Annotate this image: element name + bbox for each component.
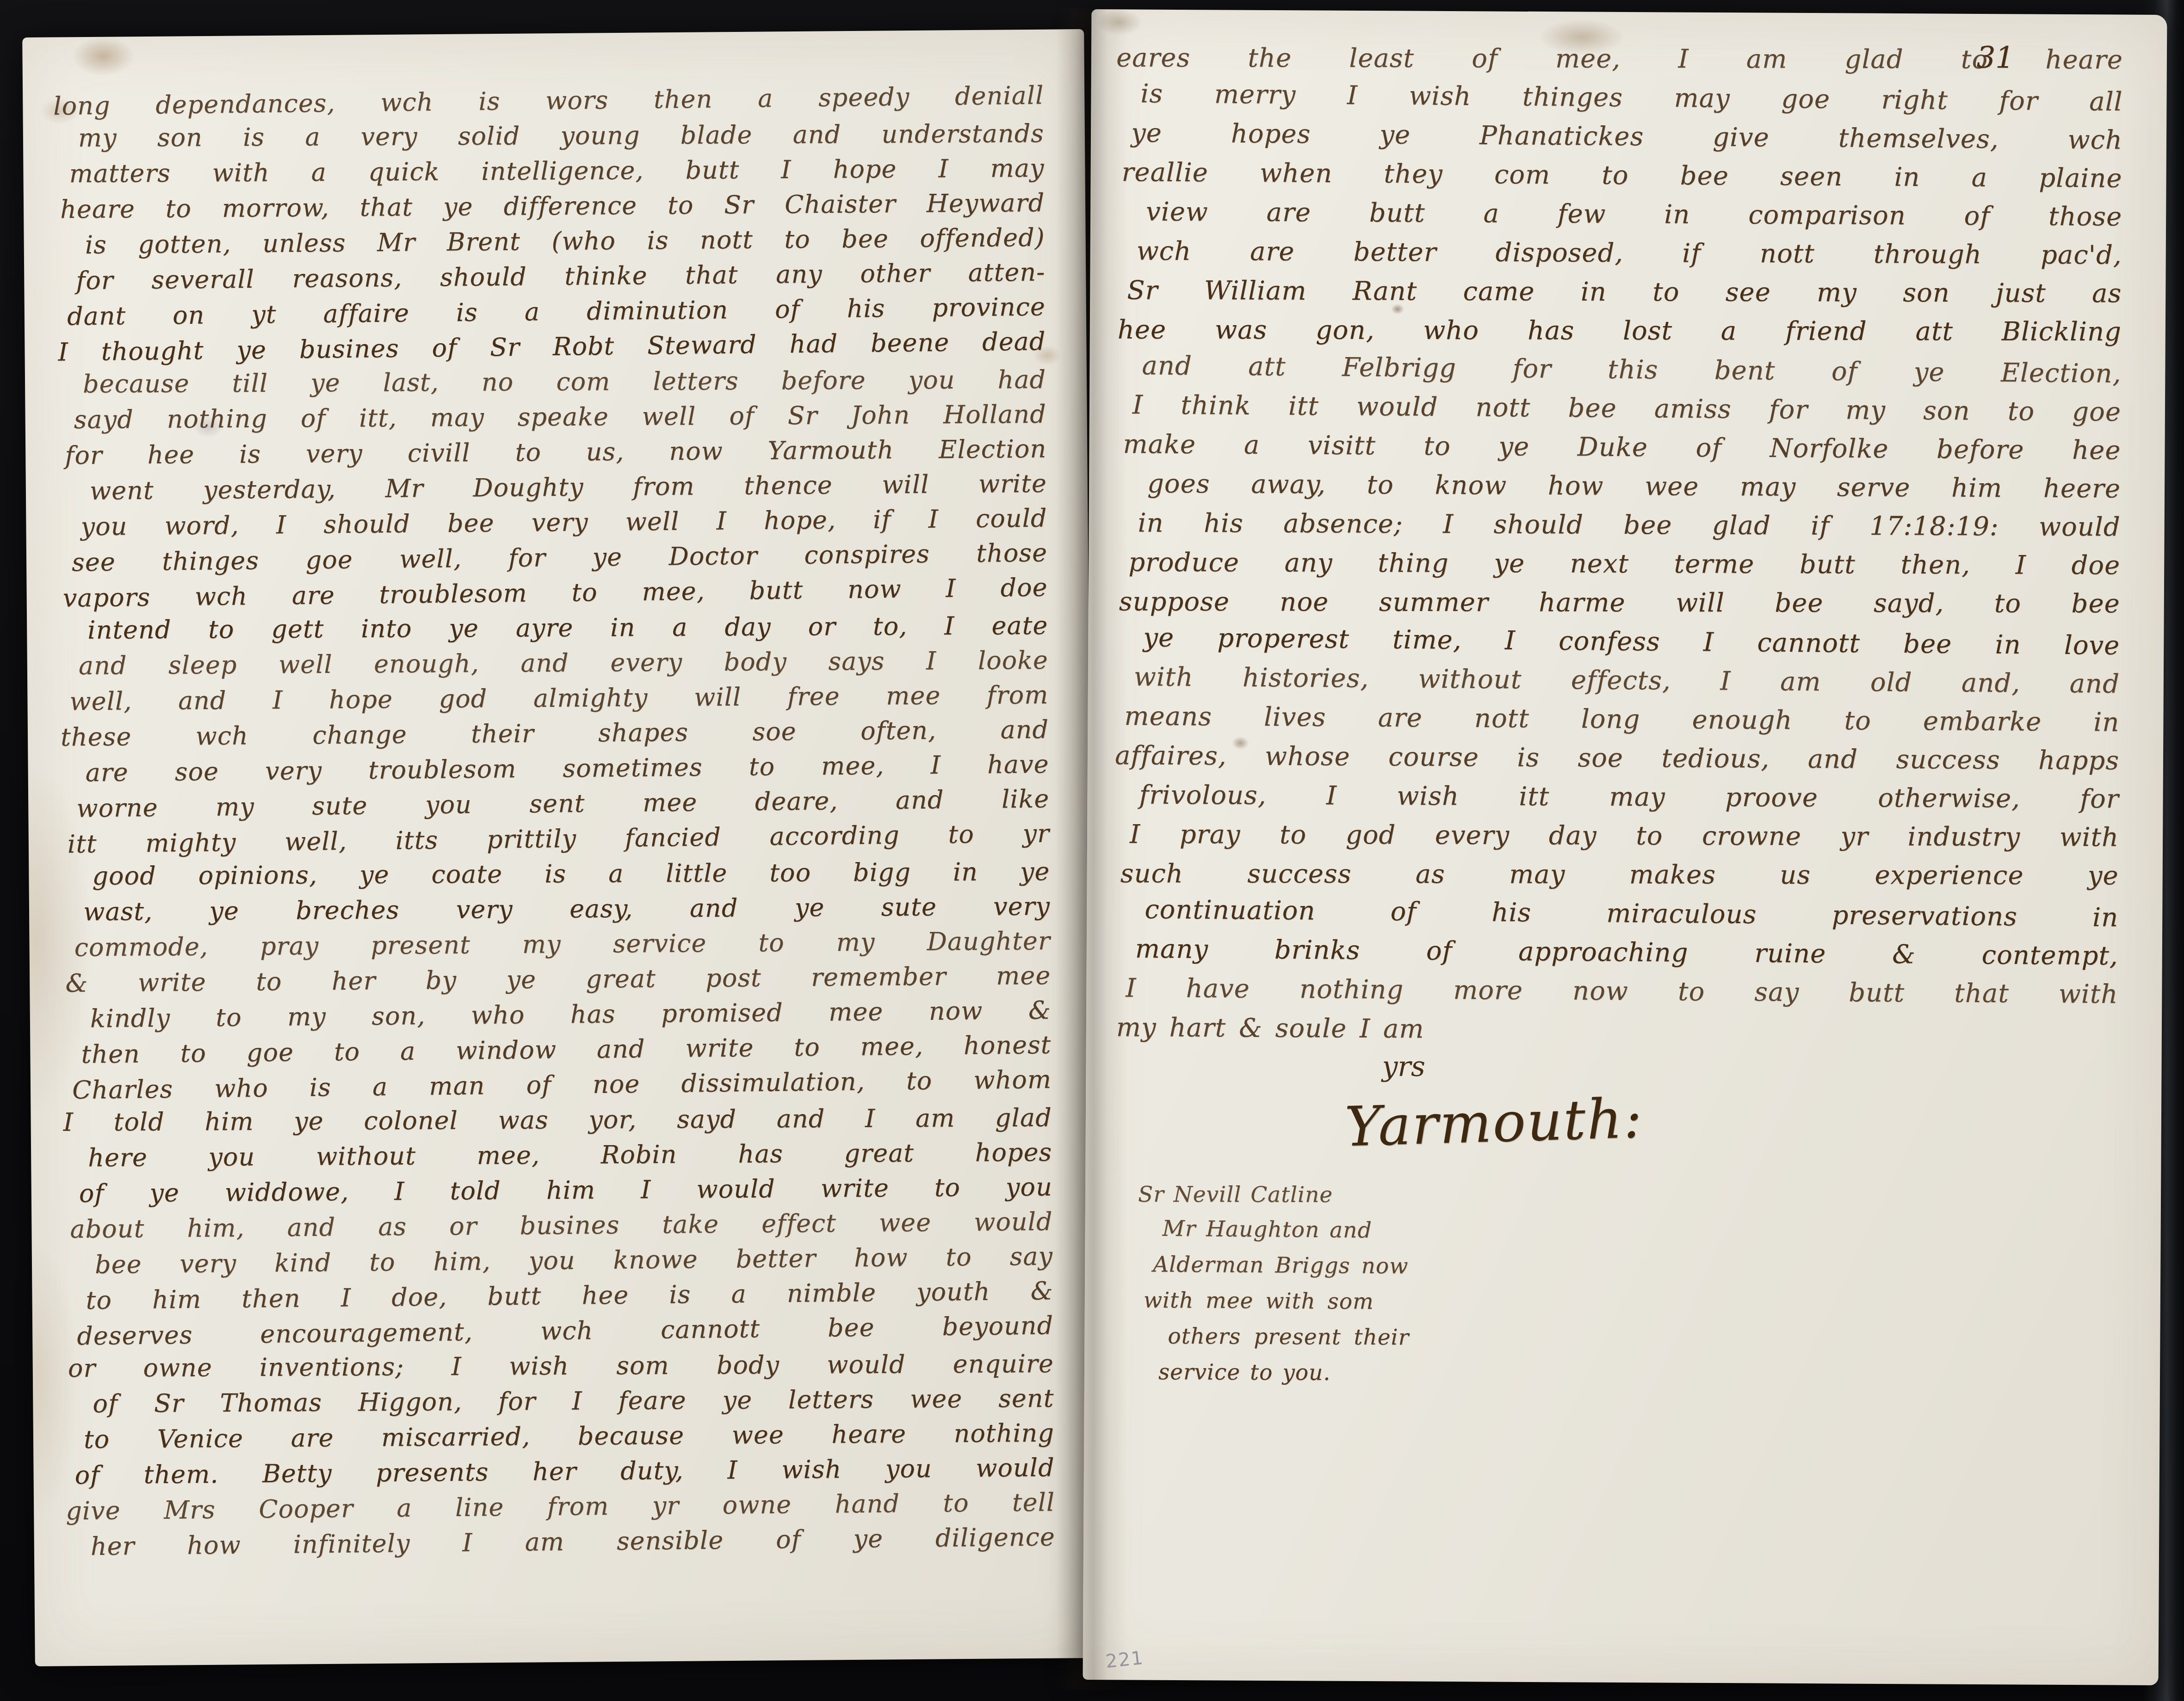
manuscript-line: Alderman Briggs now [1153,1247,1650,1286]
right-page-text: eares the least of mee, I am glad to hea… [1086,9,2167,1053]
left-page: long dependances, wch is wors then a spe… [22,29,1097,1666]
right-page: 31 eares the least of mee, I am glad to … [1083,9,2167,1685]
manuscript-line: here you without mee, Robin has great ho… [88,1135,1052,1176]
manuscript-line: ye hopes ye Phanatickes give themselves,… [1131,114,2123,160]
manuscript-line: make a visitt to ye Duke of Norfolke bef… [1123,425,2121,470]
manuscript-line: view are butt a few in comparison of tho… [1146,193,2122,237]
manuscript-line: or owne inventions; I wish som body woul… [68,1346,1054,1386]
manuscript-line: I think itt would nott bee amiss for my … [1132,386,2122,432]
manuscript-line: I have nothing more now to say butt that… [1126,969,2118,1014]
manuscript-line: reallie when they com to bee seen in a p… [1121,153,2122,198]
manuscript-line: I pray to god every day to crowne yr ind… [1130,815,2119,857]
manuscript-line: suppose noe summer harme will bee sayd, … [1119,583,2120,624]
manuscript-line: frivolous, I wish itt may proove otherwi… [1139,776,2119,819]
manuscript-line: matters with a quick intelligence, butt … [69,151,1044,191]
manuscript-photo: long dependances, wch is wors then a spe… [0,0,2184,1701]
manuscript-line: means lives are nott long enough to emba… [1124,697,2119,742]
manuscript-line: my son is a very solid young blade and u… [78,116,1044,156]
manuscript-line: service to you. [1158,1354,1649,1392]
manuscript-line: with histories, without effects, I am ol… [1134,658,2120,704]
manuscript-line: eares the least of mee, I am glad to hea… [1116,39,2123,80]
manuscript-line: produce any thing ye next terme butt the… [1128,543,2120,585]
manuscript-line: Sr William Rant came in to see my son ju… [1127,271,2122,314]
manuscript-line: wch are better disposed, if nott through… [1137,232,2122,275]
manuscript-line: and sleep well enough, and every body sa… [79,643,1048,684]
manuscript-line: affaires, whose course is soe tedious, a… [1115,736,2119,780]
manuscript-line: intend to gett into ye ayre in a day or … [87,608,1048,648]
manuscript-line: with mee with som [1144,1282,1649,1321]
manuscript-line: hee was gon, who has lost a friend att B… [1118,311,2122,352]
manuscript-line: Sr Nevill Catline [1138,1177,1650,1213]
manuscript-line: such success as may makes us experience … [1120,855,2119,896]
manuscript-line: I told him ye colonel was yor, sayd and … [63,1100,1052,1140]
manuscript-line: my hart & soule I am [1116,1008,2118,1052]
manuscript-line: others present their [1168,1319,1649,1356]
manuscript-line: good opinions, ye coate is a little too … [92,854,1050,894]
postscript: Sr Nevill CatlineMr Haughton andAlderman… [1149,1176,1650,1393]
manuscript-line: Mr Haughton and [1162,1211,1650,1251]
manuscript-line: wast, ye breches very easy, and ye sute … [83,889,1050,930]
pencil-annotation: 221 [1105,1647,1145,1672]
manuscript-line: sayd nothing of itt, may speake well of … [74,397,1046,438]
left-page-text: long dependances, wch is wors then a spe… [22,29,1096,1564]
manuscript-line: many brinks of approaching ruine & conte… [1135,930,2119,976]
manuscript-line: goes away, to know how wee may serve him… [1147,465,2121,509]
manuscript-line: ye properest time, I confess I cannott b… [1143,618,2120,666]
signature: Yarmouth: [1344,1071,2162,1159]
manuscript-line: because till ye last, no com letters bef… [83,362,1046,402]
manuscript-line: of Sr Thomas Higgon, for I feare ye lett… [93,1381,1054,1422]
manuscript-line: in his absence; I should bee glad if 17:… [1138,504,2120,547]
manuscript-line: continuation of his miraculous preservat… [1145,890,2119,937]
